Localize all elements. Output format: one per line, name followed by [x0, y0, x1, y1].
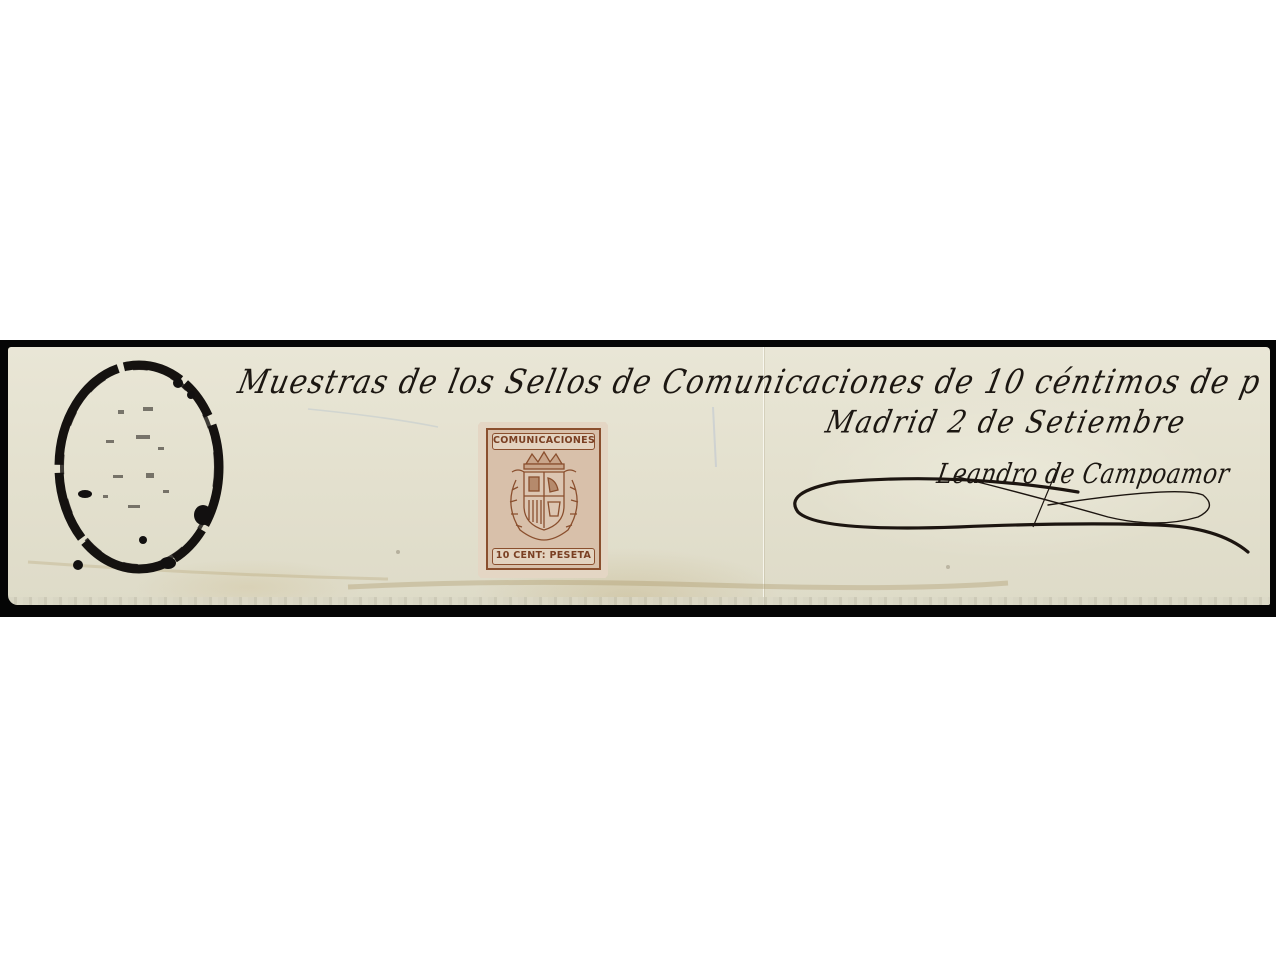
handwritten-date-line: Madrid 2 de Setiembre	[822, 405, 1189, 441]
coat-of-arms-icon	[498, 450, 590, 546]
handwritten-title-line: Muestras de los Sellos de Comunicaciones…	[235, 362, 1265, 401]
torn-bottom-edge	[8, 597, 1270, 605]
signature-flourish-icon	[778, 467, 1270, 557]
document-fragment: Muestras de los Sellos de Comunicaciones…	[8, 347, 1270, 605]
stamp-value-label: 10 CENT: PESETA	[492, 548, 595, 565]
stamp-top-label: COMUNICACIONES	[492, 433, 595, 450]
oval-cancel-postmark-icon	[48, 355, 230, 579]
postage-stamp: COMUNICACIONES	[486, 428, 601, 570]
